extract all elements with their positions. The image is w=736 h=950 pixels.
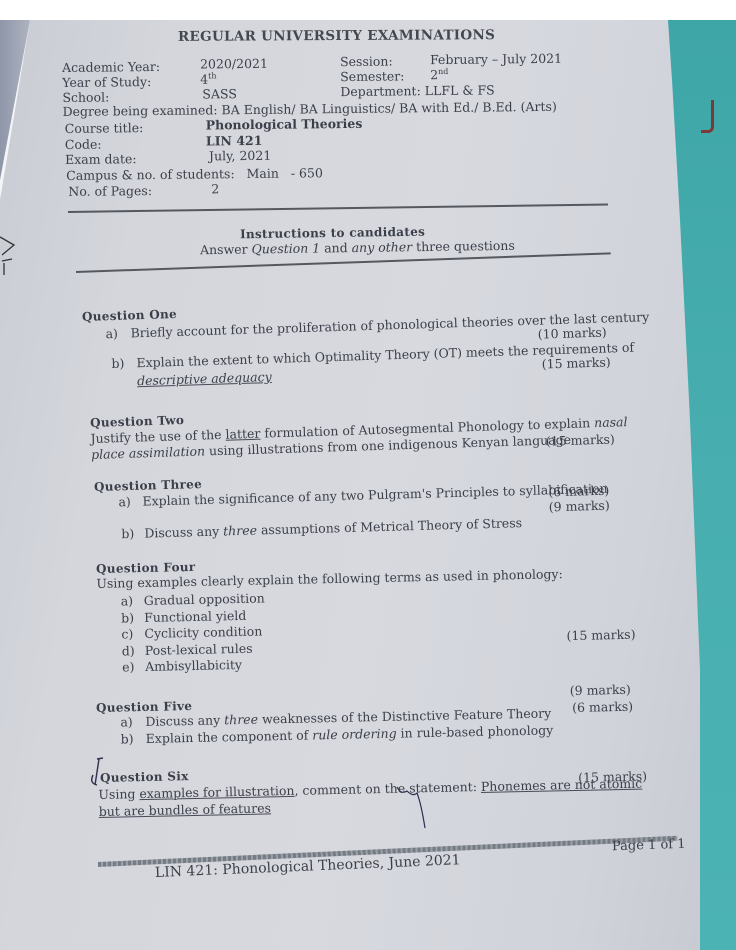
- session-label: Session:: [340, 54, 393, 70]
- year-of-study-label: Year of Study:: [62, 74, 151, 90]
- department-label: Department: LLFL & FS: [340, 82, 494, 99]
- italic-three: three: [223, 522, 257, 538]
- question-text: Explain the significance of any two Pulg…: [142, 481, 608, 509]
- footer-page-number: Page 1 of 1: [612, 837, 686, 855]
- code-value: LIN 421: [206, 133, 263, 149]
- italic-nasal: nasal: [594, 414, 628, 430]
- year-of-study-value: 4th: [200, 71, 216, 86]
- school-value: SASS: [202, 86, 237, 101]
- instr-part: Answer: [200, 241, 252, 257]
- semester-suffix: nd: [438, 67, 448, 76]
- underlined-examples: examples for illustration: [139, 783, 294, 801]
- marks: (9 marks): [549, 498, 610, 515]
- instr-part: and: [320, 240, 352, 255]
- marks: (15 marks): [578, 769, 647, 785]
- semester-number: 2: [430, 67, 438, 82]
- exam-document: REGULAR UNIVERSITY EXAMINATIONS Academic…: [0, 0, 736, 950]
- item-label: a): [121, 593, 134, 608]
- pages-label: No. of Pages:: [68, 183, 152, 199]
- item-label: e): [122, 659, 135, 674]
- degree-value: BA English/ BA Linguistics/ BA with Ed./…: [221, 99, 556, 118]
- term-item: Cyclicity condition: [144, 624, 262, 641]
- question-heading: Question One: [82, 307, 177, 324]
- italic-rule-ordering: rule ordering: [312, 726, 397, 743]
- marks: (6 marks): [548, 483, 609, 500]
- academic-year-label: Academic Year:: [62, 59, 160, 75]
- exam-title: REGULAR UNIVERSITY EXAMINATIONS: [178, 27, 495, 45]
- marks: (10 marks): [538, 324, 607, 341]
- academic-year-value: 2020/2021: [200, 56, 268, 72]
- pages-value: 2: [211, 181, 219, 196]
- question-text: Discuss any three assumptions of Metrica…: [144, 515, 522, 541]
- question-text: but are bundles of features: [99, 800, 271, 819]
- text-part: , comment on the statement:: [294, 779, 481, 798]
- question-text-emphasis: descriptive adequacy: [137, 369, 272, 388]
- term-item: Ambisyllabicity: [145, 657, 242, 674]
- header-divider: [68, 203, 608, 212]
- term-item: Gradual opposition: [144, 590, 265, 608]
- marks: (15 marks): [566, 627, 635, 643]
- semester-value: 2nd: [430, 67, 448, 82]
- instr-any-other: any other: [352, 239, 413, 255]
- year-number: 4: [200, 72, 208, 87]
- item-label: d): [122, 643, 135, 658]
- campus-label: Campus & no. of students:: [66, 166, 235, 183]
- question-heading: Question Two: [90, 413, 185, 430]
- instructions-divider: [76, 252, 611, 272]
- session-value: February – July 2021: [430, 51, 562, 67]
- campus-line: Campus & no. of students: Main - 650: [66, 165, 323, 183]
- item-label: a): [105, 326, 118, 341]
- item-label: b): [111, 356, 124, 371]
- item-label: b): [121, 731, 134, 746]
- text-part: Explain the component of: [146, 727, 313, 745]
- underlined-latter: latter: [225, 426, 260, 442]
- marks: (15 marks): [542, 354, 611, 371]
- course-title-value: Phonological Theories: [206, 116, 363, 133]
- text-part: assumptions of Metrical Theory of Stress: [257, 515, 522, 537]
- degree-label: Degree being examined:: [62, 102, 217, 119]
- campus-value: Main: [246, 166, 278, 181]
- item-label: b): [121, 526, 134, 541]
- text-part: Discuss any: [145, 712, 224, 729]
- semester-label: Semester:: [340, 68, 404, 84]
- exam-date-value: July, 2021: [209, 148, 271, 164]
- term-item: Functional yield: [144, 607, 247, 624]
- italic-place-assimilation: place assimilation: [91, 443, 205, 462]
- marks: (9 marks): [570, 682, 631, 698]
- code-label: Code:: [65, 137, 102, 152]
- italic-three: three: [224, 712, 258, 728]
- department-value: LLFL & FS: [425, 82, 495, 98]
- marks: (15 marks): [546, 432, 615, 449]
- item-label: c): [121, 626, 133, 641]
- item-label: b): [121, 610, 134, 625]
- text-part: Discuss any: [144, 523, 223, 540]
- term-item: Post-lexical rules: [145, 640, 253, 657]
- year-suffix: th: [208, 71, 216, 80]
- instructions-text: Answer Question 1 and any other three qu…: [200, 238, 515, 257]
- pen-annotation: [395, 783, 445, 833]
- marks: (6 marks): [572, 699, 633, 715]
- department-label-text: Department:: [340, 83, 421, 99]
- item-label: a): [118, 494, 131, 509]
- text-part: in rule-based phonology: [396, 722, 553, 740]
- instr-question-1: Question 1: [251, 241, 320, 257]
- item-label: a): [120, 714, 133, 729]
- students-count: - 650: [291, 165, 323, 180]
- instr-part: three questions: [412, 238, 515, 254]
- course-title-label: Course title:: [65, 120, 144, 136]
- pen-annotation: [85, 755, 125, 795]
- exam-date-label: Exam date:: [65, 151, 137, 167]
